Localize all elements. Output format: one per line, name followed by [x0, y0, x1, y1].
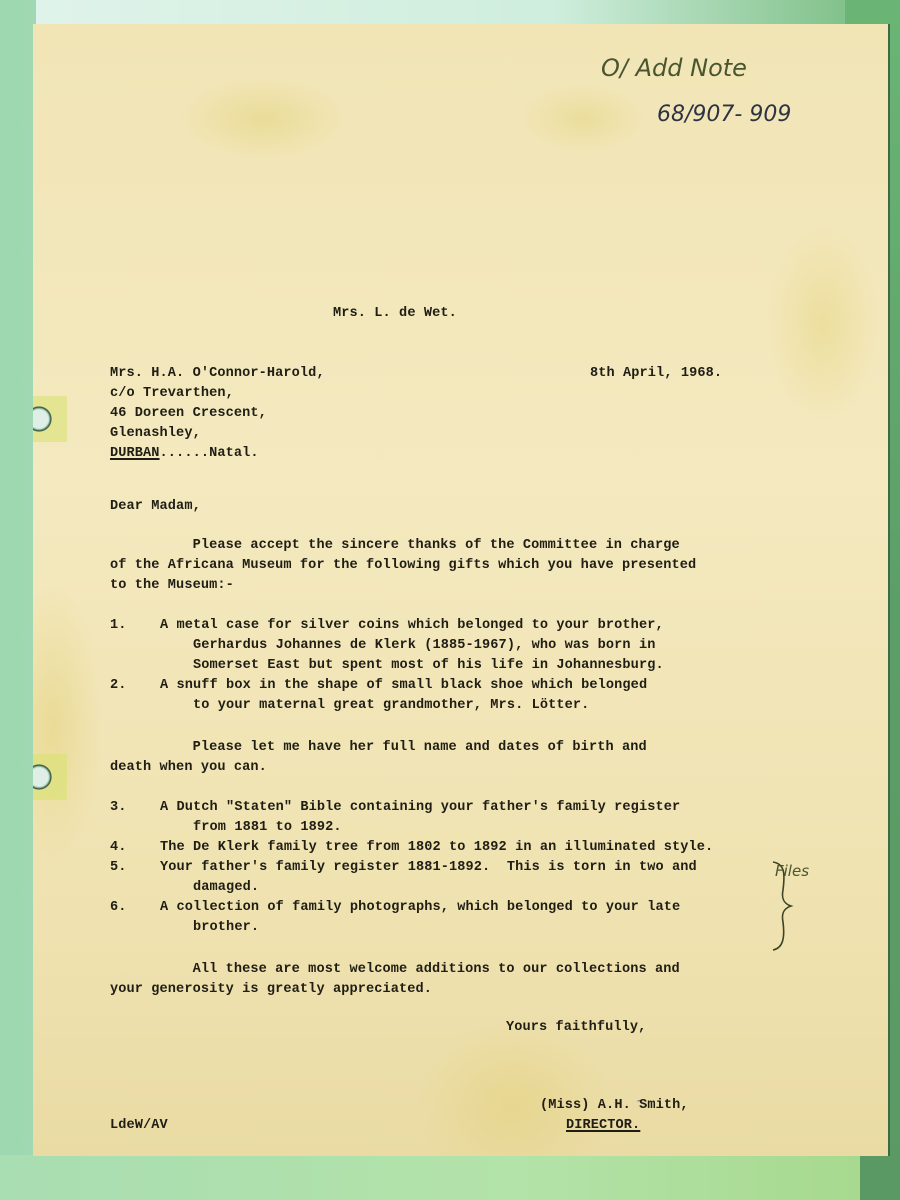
list-item-line: A snuff box in the shape of small black …	[160, 676, 647, 696]
recipient-city-line: DURBAN......Natal.	[110, 444, 259, 464]
recipient-address-line: 46 Doreen Crescent,	[110, 404, 267, 424]
list-item-number: 3.	[110, 798, 127, 818]
valediction: Yours faithfully,	[506, 1018, 646, 1038]
signatory-title: DIRECTOR.	[566, 1116, 640, 1136]
list-item-line: A metal case for silver coins which belo…	[160, 616, 664, 636]
recipient-city: DURBAN	[110, 446, 160, 461]
list-item-number: 5.	[110, 858, 127, 878]
list-item-line: Your father's family register 1881-1892.…	[160, 858, 697, 878]
letter-page: O/ Add Note 68/907- 909 Mrs. L. de Wet. …	[33, 24, 888, 1156]
list-item-number: 1.	[110, 616, 127, 636]
paragraph-line: death when you can.	[110, 758, 267, 778]
handwritten-files-note: Files	[775, 862, 809, 880]
paragraph-line: Please accept the sincere thanks of the …	[110, 536, 680, 556]
recipient-address-line: Glenashley,	[110, 424, 201, 444]
list-item-line: A collection of family photographs, whic…	[160, 898, 680, 918]
list-item-line: Gerhardus Johannes de Klerk (1885-1967),…	[160, 636, 655, 656]
list-item-number: 4.	[110, 838, 127, 858]
letter-date: 8th April, 1968.	[590, 364, 722, 384]
list-item-line: Somerset East but spent most of his life…	[160, 656, 664, 676]
background-bottom-strip	[0, 1155, 860, 1200]
list-item-line: to your maternal great grandmother, Mrs.…	[160, 696, 589, 716]
letter-heading: Mrs. L. de Wet.	[333, 304, 457, 324]
recipient-province: ......Natal.	[160, 446, 259, 461]
paragraph-line: All these are most welcome additions to …	[110, 960, 680, 980]
list-item-line: damaged.	[160, 878, 259, 898]
handwritten-note-add-note: O/ Add Note	[601, 54, 747, 82]
salutation: Dear Madam,	[110, 497, 201, 517]
list-item-number: 2.	[110, 676, 127, 696]
recipient-address-line: c/o Trevarthen,	[110, 384, 234, 404]
paragraph-line: of the Africana Museum for the following…	[110, 556, 696, 576]
handwritten-accession-number: 68/907- 909	[657, 102, 791, 127]
signatory-name: (Miss) A.H. Smith,	[540, 1096, 689, 1116]
paragraph-line: your generosity is greatly appreciated.	[110, 980, 432, 1000]
recipient-name: Mrs. H.A. O'Connor-Harold,	[110, 364, 325, 384]
list-item-line: brother.	[160, 918, 259, 938]
reference-initials: LdeW/AV	[110, 1116, 168, 1136]
paragraph-line: Please let me have her full name and dat…	[110, 738, 647, 758]
paragraph-line: to the Museum:-	[110, 576, 234, 596]
list-item-line: from 1881 to 1892.	[160, 818, 342, 838]
list-item-line: The De Klerk family tree from 1802 to 18…	[160, 838, 713, 858]
list-item-line: A Dutch "Staten" Bible containing your f…	[160, 798, 680, 818]
list-item-number: 6.	[110, 898, 127, 918]
